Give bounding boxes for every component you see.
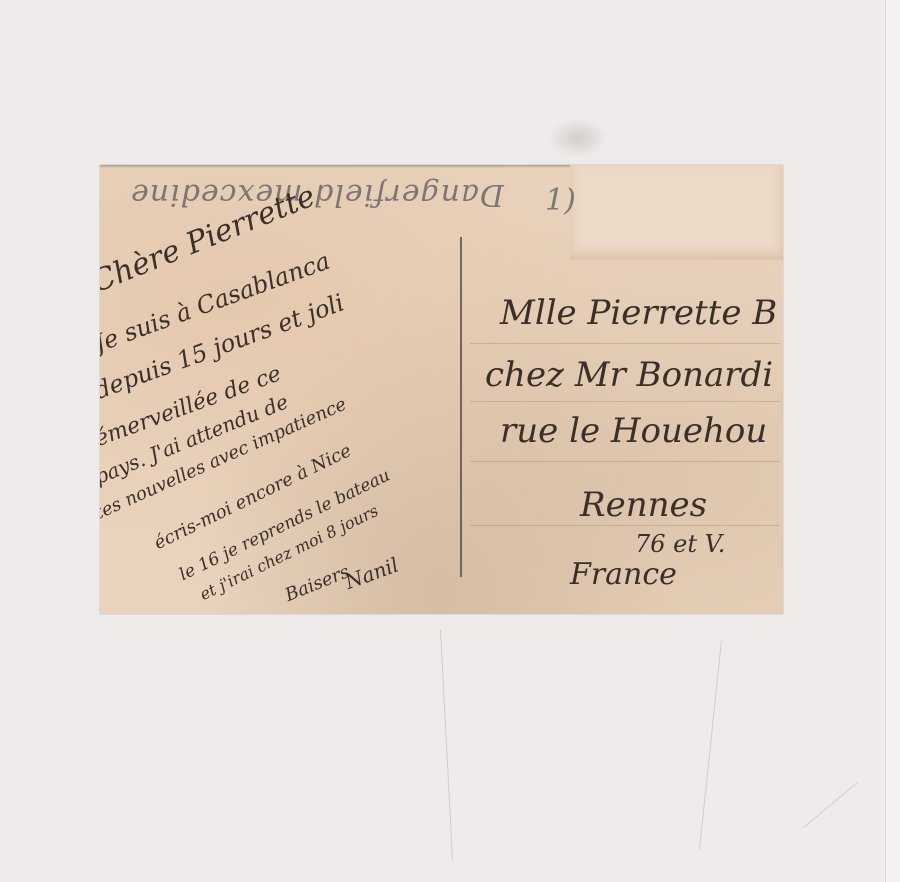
mat-smudge [548, 118, 608, 158]
pencil-mark: 1) [545, 183, 576, 218]
message-line: Baisers [282, 561, 352, 606]
stamp-area-torn [570, 165, 783, 260]
address-city: Rennes [580, 485, 707, 525]
address-rule [470, 461, 780, 462]
mat-right-edge [885, 0, 900, 882]
message-signature: Nanil [342, 553, 402, 594]
mat-scratch [440, 630, 453, 860]
mat-scratch [699, 641, 722, 850]
address-rule [470, 525, 780, 526]
card-divider-line [460, 237, 462, 577]
address-street: rue le Houehou [500, 411, 767, 451]
address-rule [470, 343, 780, 344]
address-country: France [570, 557, 677, 592]
address-department: 76 et V. [635, 530, 725, 558]
mat-scratch [803, 782, 857, 828]
address-recipient: Mlle Pierrette B [500, 293, 777, 333]
address-rule [470, 401, 780, 402]
postcard-back: Dangerfield mexcedine 1) Chère Pierrette… [100, 165, 783, 614]
address-care-of: chez Mr Bonardi [485, 355, 773, 395]
